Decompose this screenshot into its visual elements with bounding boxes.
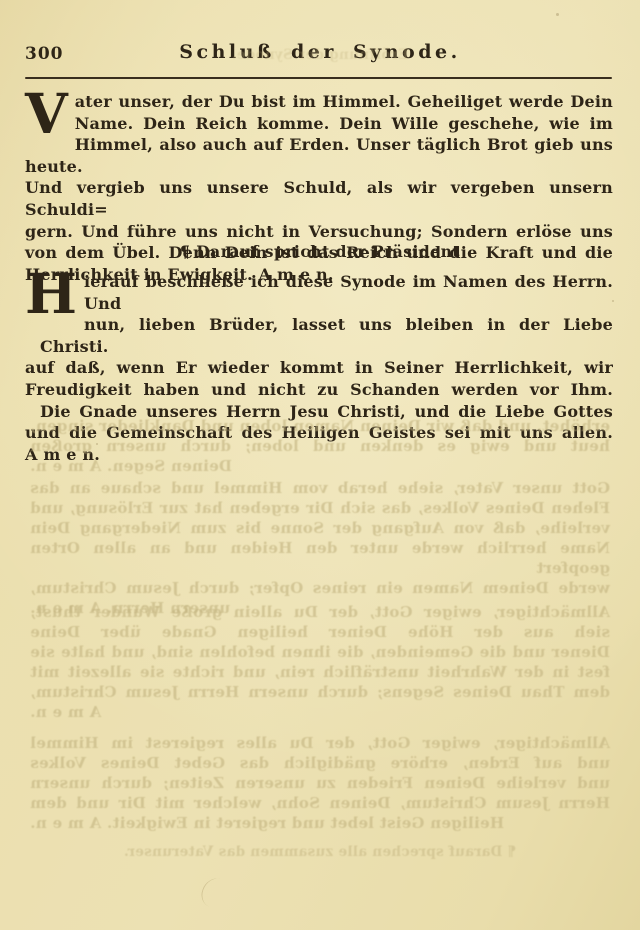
book-page: 300 Schluß der Synode. Eröffnung der Syn… — [0, 0, 640, 930]
closing-line: A m e n. — [25, 444, 613, 466]
closing-line: ierauf beschließe ich diese Synode im Na… — [25, 271, 613, 314]
prayer-line: Name. Dein Reich komme. Dein Wille gesch… — [25, 113, 613, 135]
bleedthrough-block: Allmächtiger, ewiger Gott, der Du allein… — [30, 602, 610, 722]
closing-line: nun, lieben Brüder, lasset uns bleiben i… — [25, 314, 613, 357]
closing-line: und die Gemeinschaft des Heiligen Geiste… — [25, 422, 613, 444]
paper-speck — [612, 300, 614, 302]
bleedthrough-block: Allmächtiger, ewiger Gott, der Du alles … — [30, 733, 610, 833]
bleedthrough-line: A m e n. — [30, 702, 610, 722]
bleedthrough-block: Gott unser Vater, siehe herab vom Himmel… — [30, 478, 610, 618]
paper-speck — [556, 13, 559, 16]
prayer-line: Himmel, also auch auf Erden. Unser tägli… — [25, 134, 613, 177]
bleedthrough-line: unsern Herrn. A m e n. — [30, 598, 610, 618]
bleedthrough-line: Heiligen Geist lebet und regieret in Ewi… — [30, 813, 610, 833]
dropcap-h: H — [25, 271, 84, 315]
bleedthrough-line: Diener und die Gemeinden, die ihnen befo… — [30, 642, 610, 662]
bleedthrough-line: fest in der Wahrheit unsträflich rein, u… — [30, 662, 610, 682]
closing-paragraph: H ierauf beschließe ich diese Synode im … — [25, 271, 613, 465]
bleedthrough-line: ¶ Darauf sprechen alle zusammen das Vate… — [30, 842, 610, 862]
bleedthrough-line: Flehen Deines Volkes, das sich Dir ergeb… — [30, 498, 610, 518]
prayer-line: Und vergieb uns unsere Schuld, als wir v… — [25, 177, 613, 220]
closing-line: auf daß, wenn Er wieder kommt in Seiner … — [25, 357, 613, 379]
bleedthrough-footer: ¶ Darauf sprechen alle zusammen das Vate… — [30, 842, 610, 862]
paper-speck — [96, 443, 98, 445]
bleedthrough-line: werde Deinem Namen ein reines Opfer; dur… — [30, 578, 610, 598]
bleedthrough-line: Name herrlich werde unter den Heiden und… — [30, 538, 610, 578]
bleedthrough-line: und verleihe Deinen Frieden zu unseren Z… — [30, 773, 610, 793]
closing-line: Freudigkeit haben und nicht zu Schanden … — [25, 379, 613, 401]
bleedthrough-line: und auf Erden, erhöre gnädiglich das Geb… — [30, 753, 610, 773]
running-header-title: Schluß der Synode. — [0, 41, 640, 63]
bleedthrough-line: Herrn Jesum Christum, Deinen Sohn, welch… — [30, 793, 610, 813]
header-rule — [25, 77, 612, 79]
closing-line: Die Gnade unseres Herrn Jesu Christi, un… — [25, 401, 613, 423]
bleedthrough-line: sieh aus der Höhe Deiner heiligen Gnade … — [30, 622, 610, 642]
bleedthrough-line: dem Thau Deines Segens; durch unsern Her… — [30, 682, 610, 702]
prayer-line: gern. Und führe uns nicht in Versuchung;… — [25, 221, 613, 243]
bleedthrough-line: Gott unser Vater, siehe herab vom Himmel… — [30, 478, 610, 498]
bleedthrough-line: Allmächtiger, ewiger Gott, der Du alles … — [30, 733, 610, 753]
dropcap-v: V — [25, 91, 75, 135]
prayer-line: ater unser, der Du bist im Himmel. Gehei… — [25, 91, 613, 113]
rubric-line: ¶ Darauf spricht der Präsident — [0, 242, 640, 261]
bleedthrough-line: verleihe, daß von Aufgang der Sonne bis … — [30, 518, 610, 538]
paper-scratch — [198, 875, 233, 912]
bleedthrough-line: Allmächtiger, ewiger Gott, der Du allein… — [30, 602, 610, 622]
